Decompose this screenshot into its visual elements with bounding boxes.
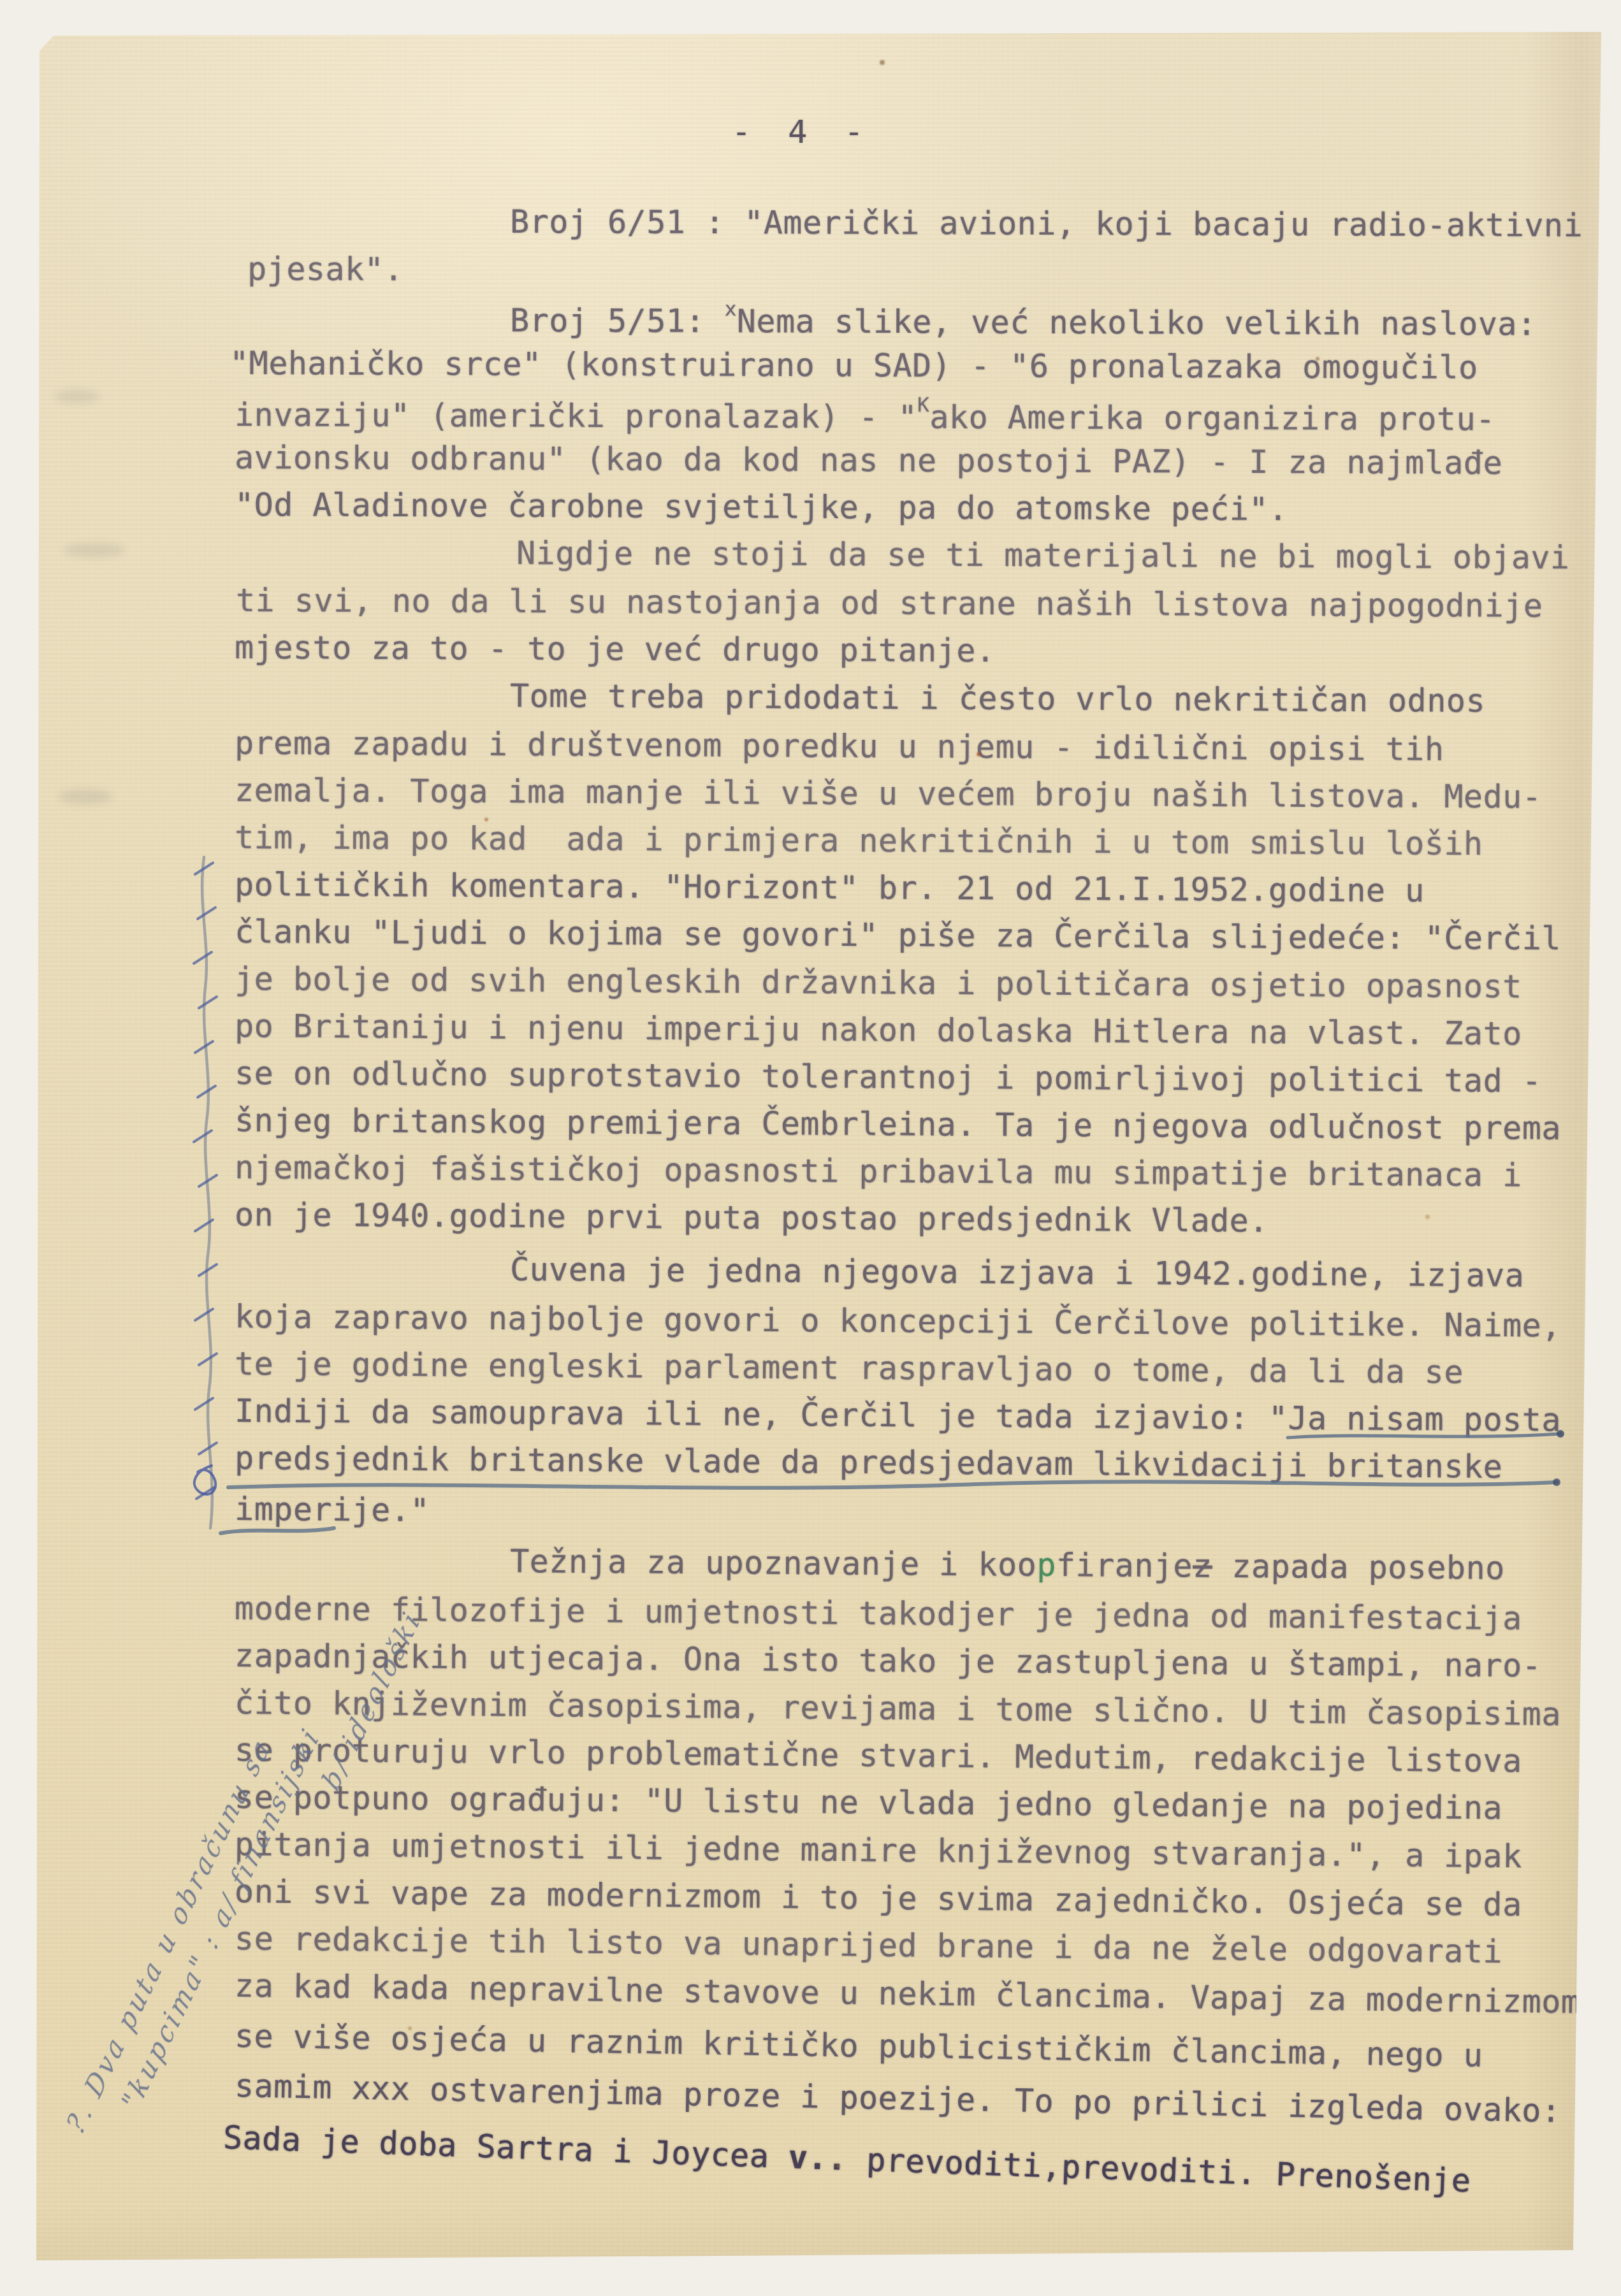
text-segment: "Mehaničko srce" (konstruirano u SAD) - … xyxy=(229,345,1478,386)
text-segment: političkih komentara. "Horizont" br. 21 … xyxy=(235,866,1425,909)
text-line: se potpuno ograđuju: "U listu ne vlada j… xyxy=(235,1778,1503,1827)
text-segment: x xyxy=(725,298,737,321)
text-line: samim xxx ostvarenjima proze i poezije. … xyxy=(234,2067,1561,2130)
text-segment: z xyxy=(1193,1547,1212,1584)
text-segment: avionsku odbranu" (kao da kod nas ne pos… xyxy=(235,439,1502,482)
text-segment: članku "Ljudi o kojima se govori" piše z… xyxy=(235,913,1561,957)
text-segment: pitanja umjetnosti ili jedne manire knji… xyxy=(235,1826,1522,1875)
text-segment: v.. xyxy=(788,2139,848,2177)
text-segment: ako Amerika organizira protu- xyxy=(929,399,1495,438)
text-segment: se više osjeća u raznim kritičko publici… xyxy=(235,2018,1483,2074)
paper-sheet: - 4 - Broj 6/51 : "Američki avioni, koji… xyxy=(0,0,1621,2296)
text-segment: koja zapravo najbolje govori o koncepcij… xyxy=(235,1298,1561,1345)
dust-speck xyxy=(880,60,885,65)
text-line: avionsku odbranu" (kao da kod nas ne pos… xyxy=(235,438,1502,482)
text-line: oni svi vape za modernizmom i to je svim… xyxy=(235,1872,1522,1924)
text-segment: tim, ima po kad ada i primjera nekritičn… xyxy=(235,819,1483,862)
text-segment: se potpuno ograđuju: "U listu ne vlada j… xyxy=(235,1779,1503,1826)
text-line: šnjeg britanskog premijera Čembrleina. T… xyxy=(235,1101,1561,1148)
text-segment: "Od Aladinove čarobne svjetiljke, pa do … xyxy=(235,486,1288,528)
text-segment: firanje xyxy=(1056,1547,1193,1584)
text-segment: Broj 6/51 : "Američki avioni, koji bacaj… xyxy=(510,203,1583,244)
text-line: Broj 6/51 : "Američki avioni, koji bacaj… xyxy=(510,203,1583,245)
pencil-smudge xyxy=(55,390,99,403)
text-segment: se on odlučno suprotstavio tolerantnoj i… xyxy=(235,1055,1542,1100)
text-segment: zapadnjačkih utjecaja. Ona isto tako je … xyxy=(235,1637,1542,1684)
text-segment: Težnja za upoznavanje i koo xyxy=(510,1543,1037,1584)
text-segment: čito književnim časopisima, revijama i t… xyxy=(235,1684,1561,1733)
text-line: se više osjeća u raznim kritičko publici… xyxy=(235,2017,1483,2075)
text-line: koja zapravo najbolje govori o koncepcij… xyxy=(235,1297,1561,1345)
text-line: ti svi, no da li su nastojanja od strane… xyxy=(236,581,1543,625)
text-line: članku "Ljudi o kojima se govori" piše z… xyxy=(235,913,1561,958)
text-line: mjesto za to - to je već drugo pitanje. xyxy=(235,628,996,670)
text-line: je bolje od svih engleskih državnika i p… xyxy=(235,960,1522,1006)
text-segment: "Ja nisam posta xyxy=(1268,1399,1561,1438)
text-segment: ti svi, no da li su nastojanja od strane… xyxy=(236,582,1543,625)
text-line: se on odlučno suprotstavio tolerantnoj i… xyxy=(235,1054,1542,1101)
text-segment: pjesak". xyxy=(247,250,403,288)
text-line: za kad kada nepravilne stavove u nekim č… xyxy=(235,1967,1581,2021)
text-line: njemačkoj fašističkoj opasnosti pribavil… xyxy=(235,1148,1522,1194)
text-line: Težnja za upoznavanje i koopfiranjez zap… xyxy=(510,1542,1505,1587)
text-line: "Mehaničko srce" (konstruirano u SAD) - … xyxy=(229,344,1478,387)
text-segment: Indiji da samouprava ili ne, Čerčil je t… xyxy=(235,1392,1268,1436)
text-segment: Broj 5/51: xyxy=(510,302,725,340)
text-segment: Tome treba pridodati i često vrlo nekrit… xyxy=(510,677,1485,719)
text-segment: invaziju" (američki pronalazak) - " xyxy=(235,396,917,436)
text-segment: Nigdje ne stoji da se ti materijali ne b… xyxy=(516,535,1570,576)
text-segment: je bolje od svih engleskih državnika i p… xyxy=(235,960,1522,1005)
text-line: on je 1940.godine prvi puta postao preds… xyxy=(235,1195,1268,1240)
text-line: Nigdje ne stoji da se ti materijali ne b… xyxy=(516,534,1570,577)
text-line: Tome treba pridodati i često vrlo nekrit… xyxy=(510,677,1485,720)
text-segment: se proturuju vrlo problematične stvari. … xyxy=(235,1731,1522,1780)
text-line: pitanja umjetnosti ili jedne manire knji… xyxy=(235,1825,1522,1875)
text-line: se redakcije tih listo va unaprijed bran… xyxy=(235,1919,1503,1971)
text-segment: samim xxx ostvarenjima proze i poezije. … xyxy=(234,2067,1561,2130)
text-line: Sada je doba Sartra i Joycea v.. prevodi… xyxy=(222,2118,1471,2200)
text-segment: Nema slike, već nekoliko velikih naslova… xyxy=(737,303,1537,342)
text-line: prema zapadu i društvenom poredku u njem… xyxy=(235,724,1444,769)
text-line: Čuvena je jedna njegova izjava i 1942.go… xyxy=(510,1250,1525,1295)
text-segment: K xyxy=(917,394,929,417)
text-segment: njemačkoj fašističkoj opasnosti pribavil… xyxy=(235,1149,1522,1194)
scanned-document: - 4 - Broj 6/51 : "Američki avioni, koji… xyxy=(0,0,1621,2296)
dust-speck xyxy=(408,2026,412,2030)
text-line: političkih komentara. "Horizont" br. 21 … xyxy=(235,865,1425,910)
dust-speck xyxy=(977,752,981,756)
text-line: pjesak". xyxy=(247,250,403,289)
text-line: Broj 5/51: xNema slike, već nekoliko vel… xyxy=(510,297,1537,343)
dust-speck xyxy=(484,818,488,821)
dust-speck xyxy=(836,2164,840,2168)
text-segment: za kad kada nepravilne stavove u nekim č… xyxy=(235,1967,1581,2021)
green-pen-correction: p xyxy=(1036,1547,1056,1584)
text-segment: oni svi vape za modernizmom i to je svim… xyxy=(235,1873,1522,1923)
text-segment: Čuvena je jedna njegova izjava i 1942.go… xyxy=(510,1251,1525,1294)
text-segment: on je 1940.godine prvi puta postao preds… xyxy=(235,1196,1268,1239)
text-line: "Od Aladinove čarobne svjetiljke, pa do … xyxy=(235,486,1288,528)
text-segment: Sada je doba Sartra i Joycea xyxy=(222,2119,789,2176)
text-line: po Britaniju i njenu imperiju nakon dola… xyxy=(235,1007,1522,1053)
text-segment: prevoditi,prevoditi. Prenošenje xyxy=(847,2141,1472,2199)
pencil-smudge xyxy=(64,543,125,557)
text-line: zapadnjačkih utjecaja. Ona isto tako je … xyxy=(235,1636,1542,1685)
pencil-smudge xyxy=(59,789,112,804)
text-line: tim, ima po kad ada i primjera nekritičn… xyxy=(235,818,1483,863)
text-line: invaziju" (američki pronalazak) - "Kako … xyxy=(235,391,1495,438)
dust-speck xyxy=(1316,357,1319,361)
text-line: čito književnim časopisima, revijama i t… xyxy=(235,1684,1561,1733)
dust-speck xyxy=(1425,1215,1430,1219)
text-segment: zemalja. Toga ima manje ili više u većem… xyxy=(235,772,1542,816)
text-segment: se redakcije tih listo va unaprijed bran… xyxy=(235,1920,1503,1970)
text-segment: zapada posebno xyxy=(1212,1548,1504,1587)
text-segment: mjesto za to - to je već drugo pitanje. xyxy=(235,629,996,669)
text-segment: šnjeg britanskog premijera Čembrleina. T… xyxy=(235,1102,1561,1147)
text-line: zemalja. Toga ima manje ili više u većem… xyxy=(235,771,1542,816)
text-line: se proturuju vrlo problematične stvari. … xyxy=(235,1731,1522,1780)
text-segment: prema zapadu i društvenom poredku u njem… xyxy=(235,725,1444,768)
text-segment: po Britaniju i njenu imperiju nakon dola… xyxy=(235,1007,1522,1052)
